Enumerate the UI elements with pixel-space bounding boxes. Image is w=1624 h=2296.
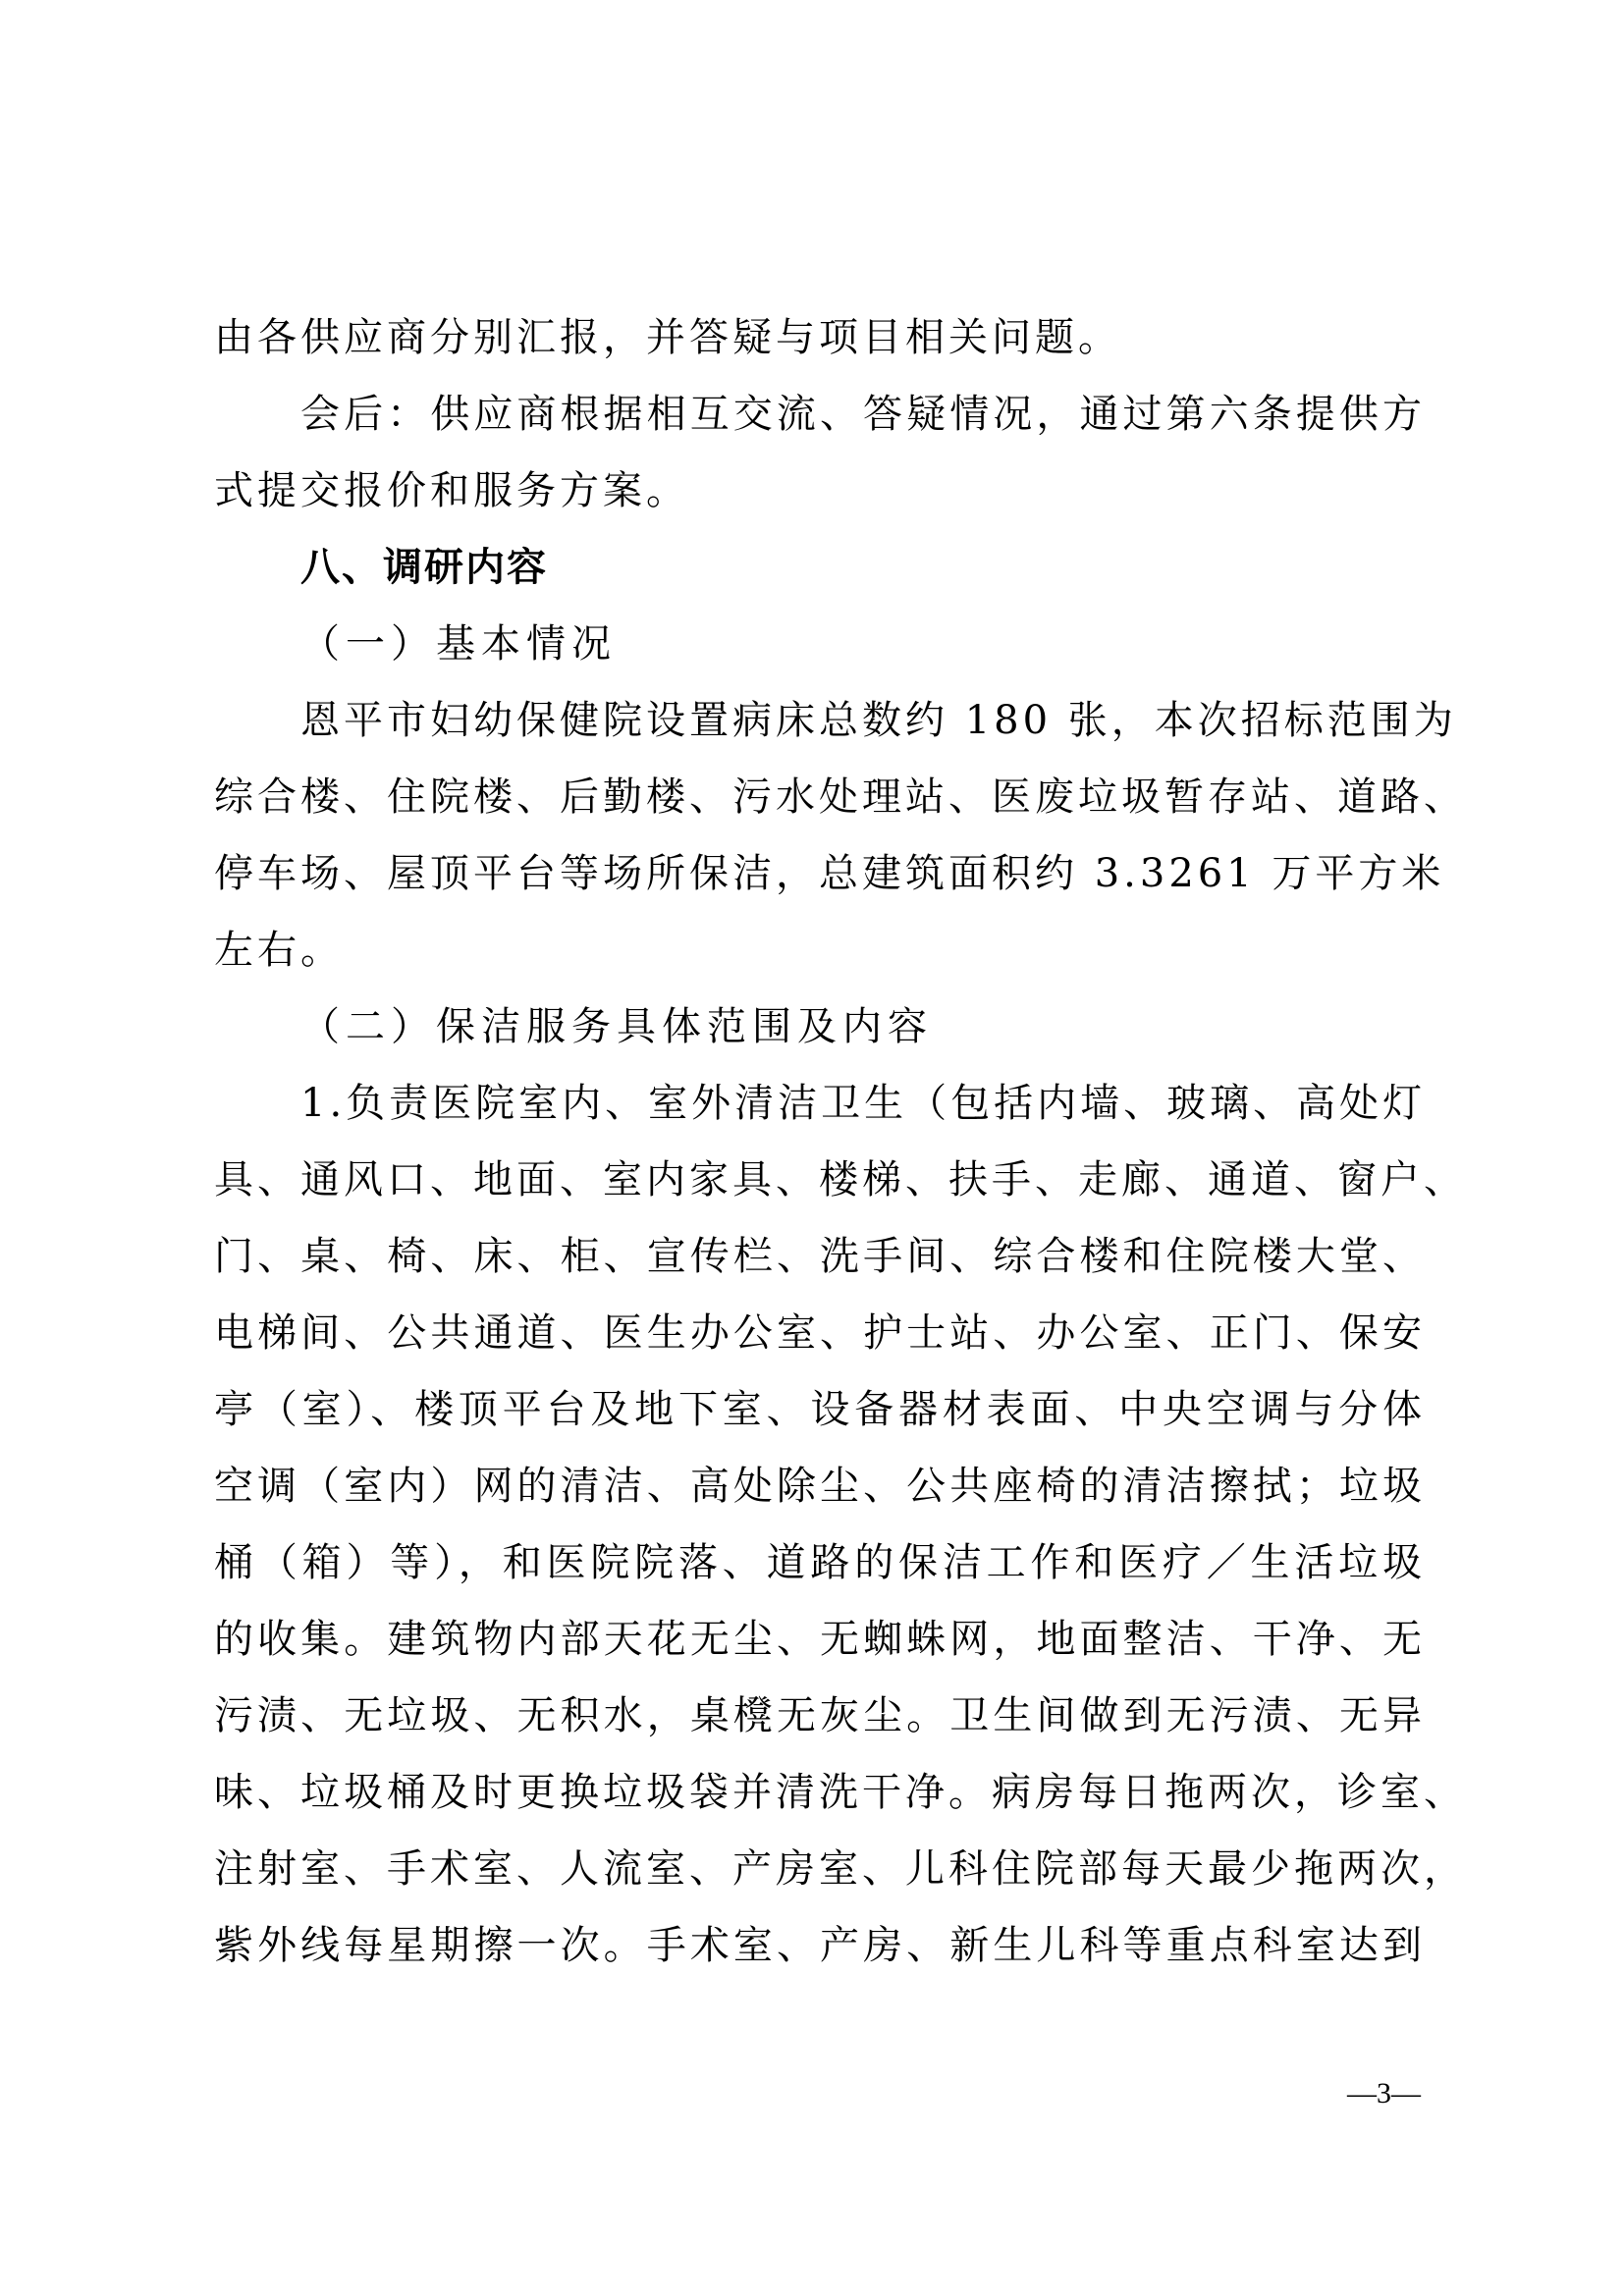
paragraph-line: 紫外线每星期擦一次。手术室、产房、新生儿科等重点科室达到 <box>214 1907 1426 1984</box>
paragraph-line: 味、垃圾桶及时更换垃圾袋并清洗干净。病房每日拖两次，诊室、 <box>214 1754 1426 1831</box>
paragraph-line: 门、桌、椅、床、柜、宣传栏、洗手间、综合楼和住院楼大堂、 <box>214 1218 1426 1295</box>
paragraph-line: 由各供应商分别汇报，并答疑与项目相关问题。 <box>214 299 1426 376</box>
paragraph-line: 综合楼、住院楼、后勤楼、污水处理站、医废垃圾暂存站、道路、 <box>214 759 1426 835</box>
subsection-heading: （二）保洁服务具体范围及内容 <box>214 988 1426 1065</box>
paragraph-line: 具、通风口、地面、室内家具、楼梯、扶手、走廊、通道、窗户、 <box>214 1142 1426 1218</box>
paragraph-line: 空调（室内）网的清洁、高处除尘、公共座椅的清洁擦拭；垃圾 <box>214 1448 1426 1524</box>
paragraph-line: 左右。 <box>214 912 1426 988</box>
page-number: —3— <box>1347 2074 1421 2113</box>
paragraph-line: 式提交报价和服务方案。 <box>214 453 1426 529</box>
document-page: 由各供应商分别汇报，并答疑与项目相关问题。 会后：供应商根据相互交流、答疑情况，… <box>214 299 1426 1984</box>
paragraph-line: 恩平市妇幼保健院设置病床总数约 180 张，本次招标范围为 <box>214 682 1426 759</box>
subsection-heading: （一）基本情况 <box>214 606 1426 682</box>
paragraph-line: 桶（箱）等），和医院院落、道路的保洁工作和医疗／生活垃圾 <box>214 1524 1426 1601</box>
paragraph-line: 1.负责医院室内、室外清洁卫生（包括内墙、玻璃、高处灯 <box>214 1065 1426 1142</box>
paragraph-line: 亭（室）、楼顶平台及地下室、设备器材表面、中央空调与分体 <box>214 1371 1426 1448</box>
section-heading: 八、调研内容 <box>214 529 1426 606</box>
paragraph-line: 停车场、屋顶平台等场所保洁，总建筑面积约 3.3261 万平方米 <box>214 835 1426 912</box>
paragraph-line: 注射室、手术室、人流室、产房室、儿科住院部每天最少拖两次， <box>214 1831 1426 1907</box>
paragraph-line: 的收集。建筑物内部天花无尘、无蜘蛛网，地面整洁、干净、无 <box>214 1601 1426 1678</box>
paragraph-line: 会后：供应商根据相互交流、答疑情况，通过第六条提供方 <box>214 376 1426 453</box>
paragraph-line: 电梯间、公共通道、医生办公室、护士站、办公室、正门、保安 <box>214 1295 1426 1371</box>
paragraph-line: 污渍、无垃圾、无积水，桌櫈无灰尘。卫生间做到无污渍、无异 <box>214 1678 1426 1754</box>
